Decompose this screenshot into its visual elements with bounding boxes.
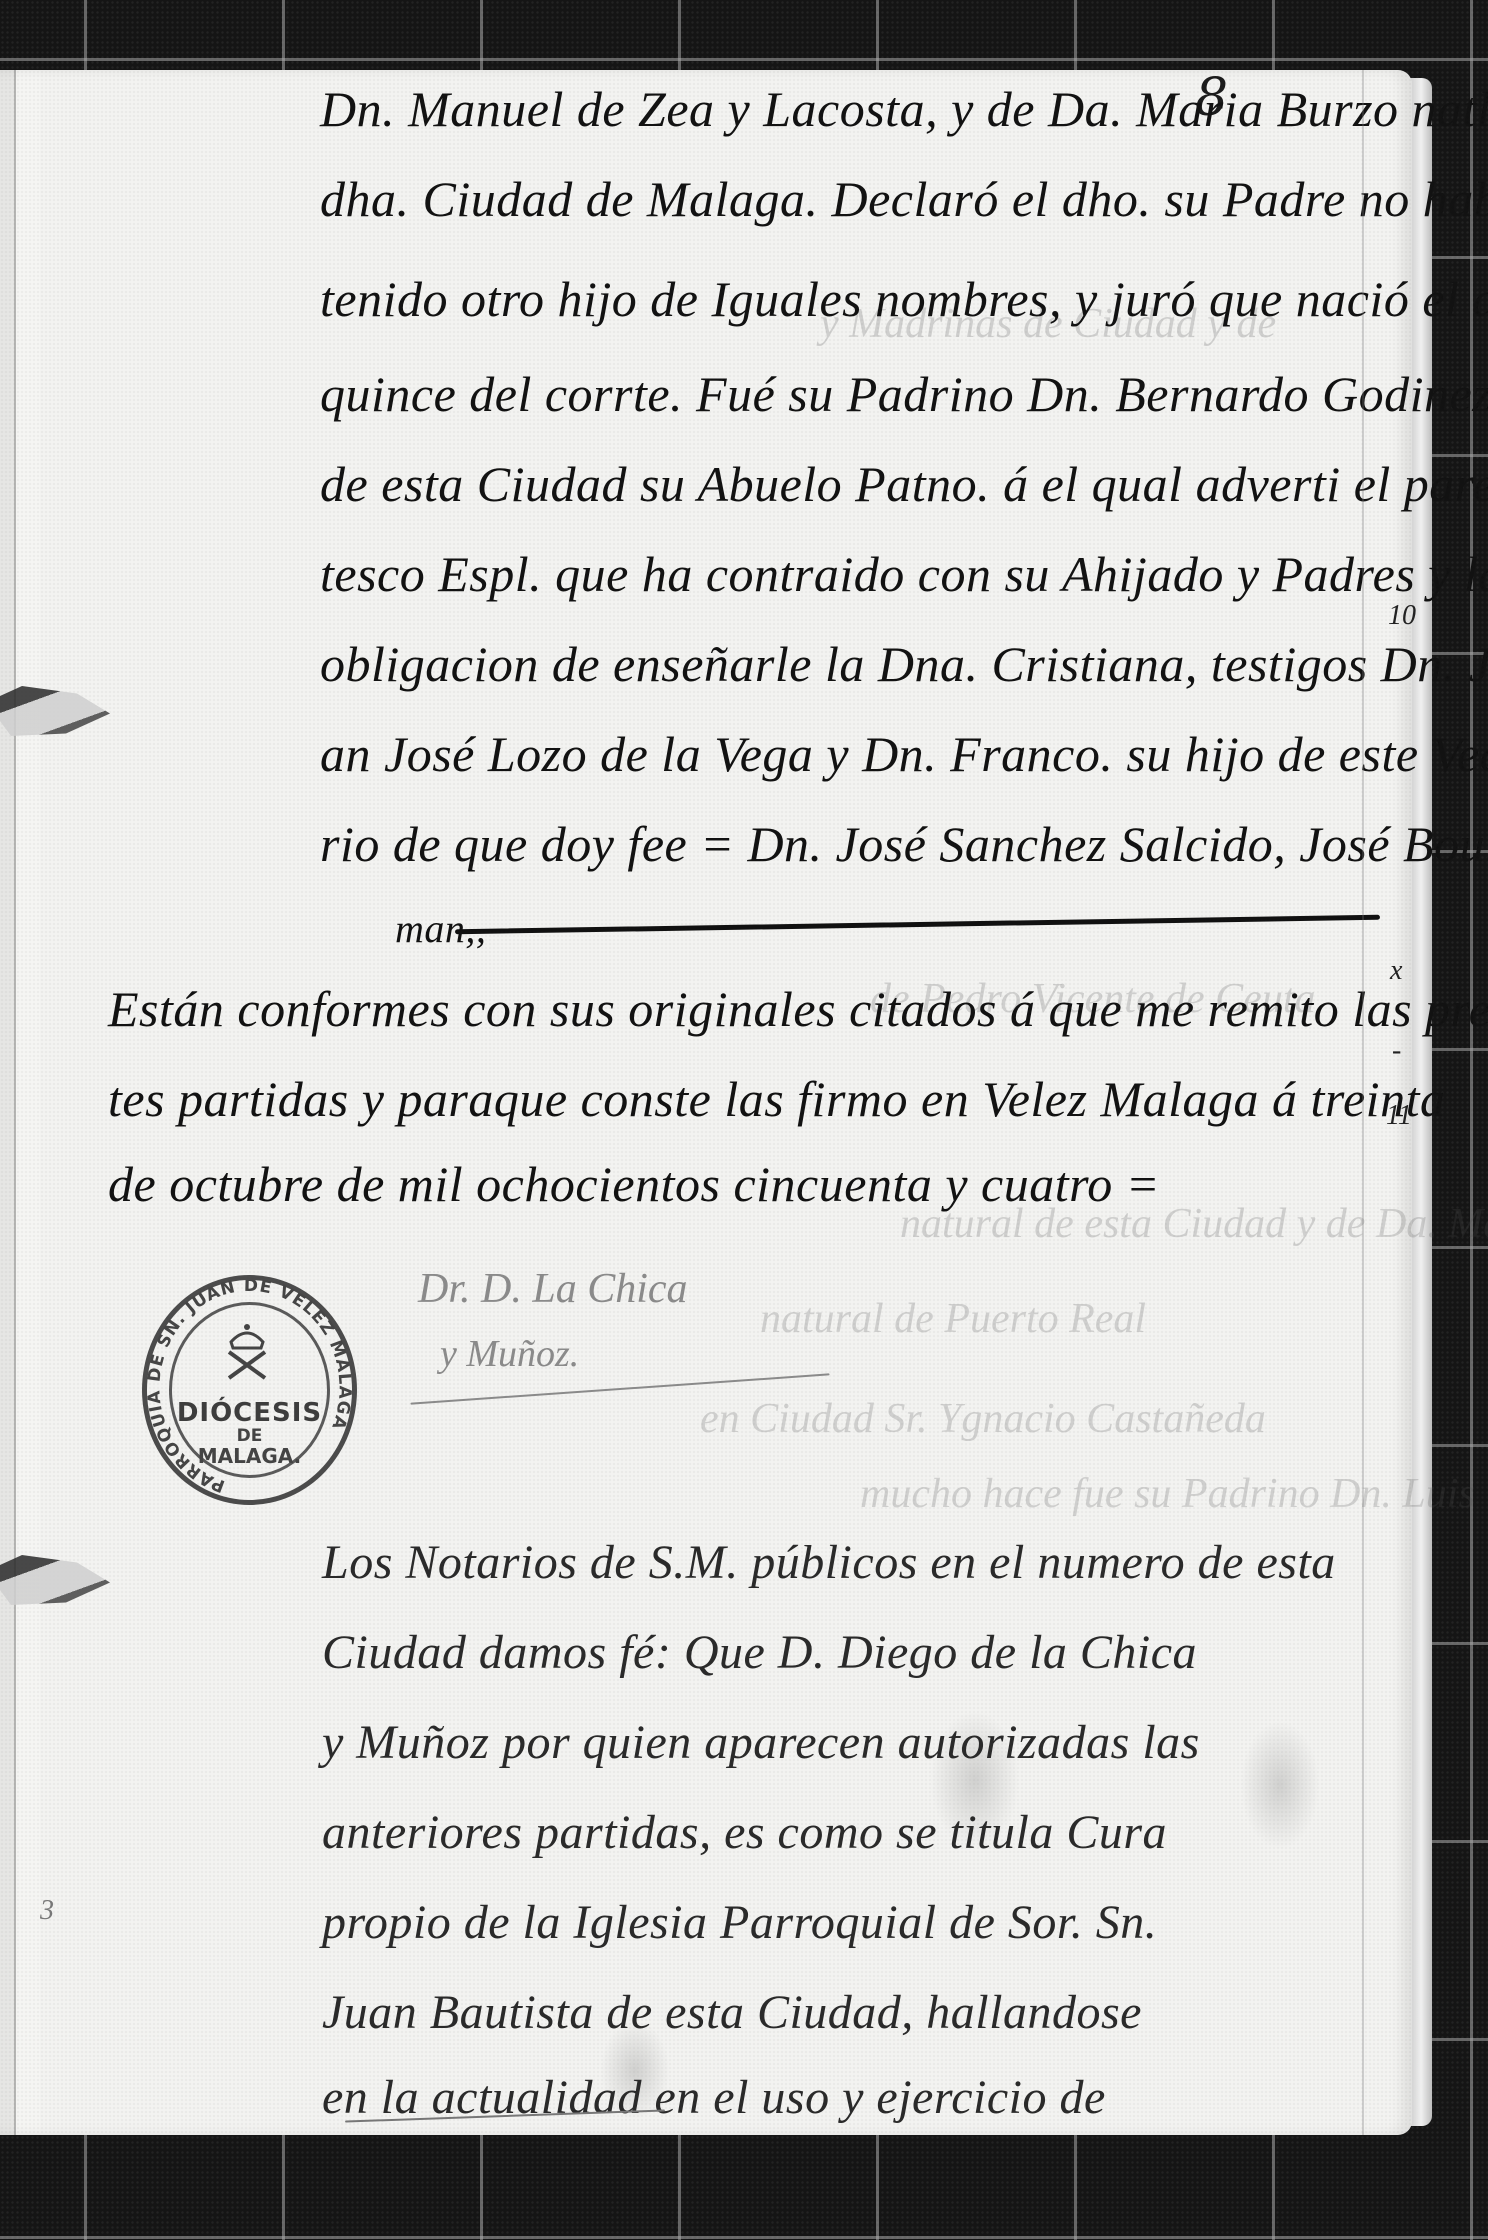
entry-line: tesco Espl. que ha contraido con su Ahij… (320, 545, 1488, 603)
entry-line: tenido otro hijo de Iguales nombres, y j… (320, 270, 1488, 328)
bleed-through-line: mucho hace fue su Padrino Dn. Luis (860, 1470, 1475, 1518)
seal-place: MALAGA. (147, 1444, 352, 1468)
margin-mark: x (1390, 955, 1402, 987)
entry-line: obligacion de enseñarle la Dna. Cristian… (320, 635, 1488, 693)
entry-line: de esta Ciudad su Abuelo Patno. á el qua… (320, 455, 1488, 513)
entry-line: Dn. Manuel de Zea y Lacosta, y de Da. Ma… (320, 80, 1488, 138)
entry-line: rio de que doy fee = Dn. José Sanchez Sa… (320, 815, 1488, 873)
margin-mark: 11 (1386, 1100, 1412, 1132)
entry-line: quince del corrte. Fué su Padrino Dn. Be… (320, 365, 1488, 423)
crown-crossed-keys-icon (217, 1320, 277, 1380)
attestation-line: Juan Bautista de esta Ciudad, hallandose (322, 1985, 1142, 2040)
attestation-line: anteriores partidas, es como se titula C… (322, 1805, 1167, 1860)
margin-mark: 10 (1388, 600, 1416, 632)
attestation-line: y Muñoz por quien aparecen autorizadas l… (322, 1715, 1200, 1770)
binding-hole-tear (0, 686, 110, 736)
margin-mark: - (1392, 1035, 1401, 1067)
bleed-through-line: en Ciudad Sr. Ygnacio Castañeda (700, 1395, 1266, 1443)
entry-line: dha. Ciudad de Malaga. Declaró el dho. s… (320, 170, 1488, 228)
binding-hole-tear (0, 1555, 110, 1605)
seal-title: DIÓCESIS (147, 1398, 352, 1428)
closing-rule (455, 915, 1380, 935)
attestation-line: propio de la Iglesia Parroquial de Sor. … (322, 1895, 1157, 1950)
seal-de: DE (147, 1426, 352, 1446)
parish-seal: PARROQUIA DE SN. JUAN DE VELEZ MALAGA DI… (142, 1275, 357, 1505)
margin-mark: 3 (40, 1895, 54, 1927)
signature-line: y Muñoz. (440, 1332, 579, 1376)
attestation-line: Ciudad damos fé: Que D. Diego de la Chic… (322, 1625, 1197, 1680)
certification-line: de octubre de mil ochocientos cincuenta … (108, 1155, 1160, 1213)
bleed-through-line: natural de Puerto Real (760, 1295, 1146, 1343)
certification-line: Están conformes con sus originales citad… (108, 980, 1488, 1038)
entry-line: an José Lozo de la Vega y Dn. Franco. su… (320, 725, 1488, 783)
attestation-line: Los Notarios de S.M. públicos en el nume… (322, 1535, 1336, 1590)
water-stain (1240, 1720, 1320, 1850)
manuscript-page: 8 y Madrinas de Ciudad y de de Pedro Vic… (0, 70, 1412, 2135)
certification-line: tes partidas y paraque conste las firmo … (108, 1070, 1445, 1128)
signature-line: Dr. D. La Chica (418, 1265, 688, 1313)
